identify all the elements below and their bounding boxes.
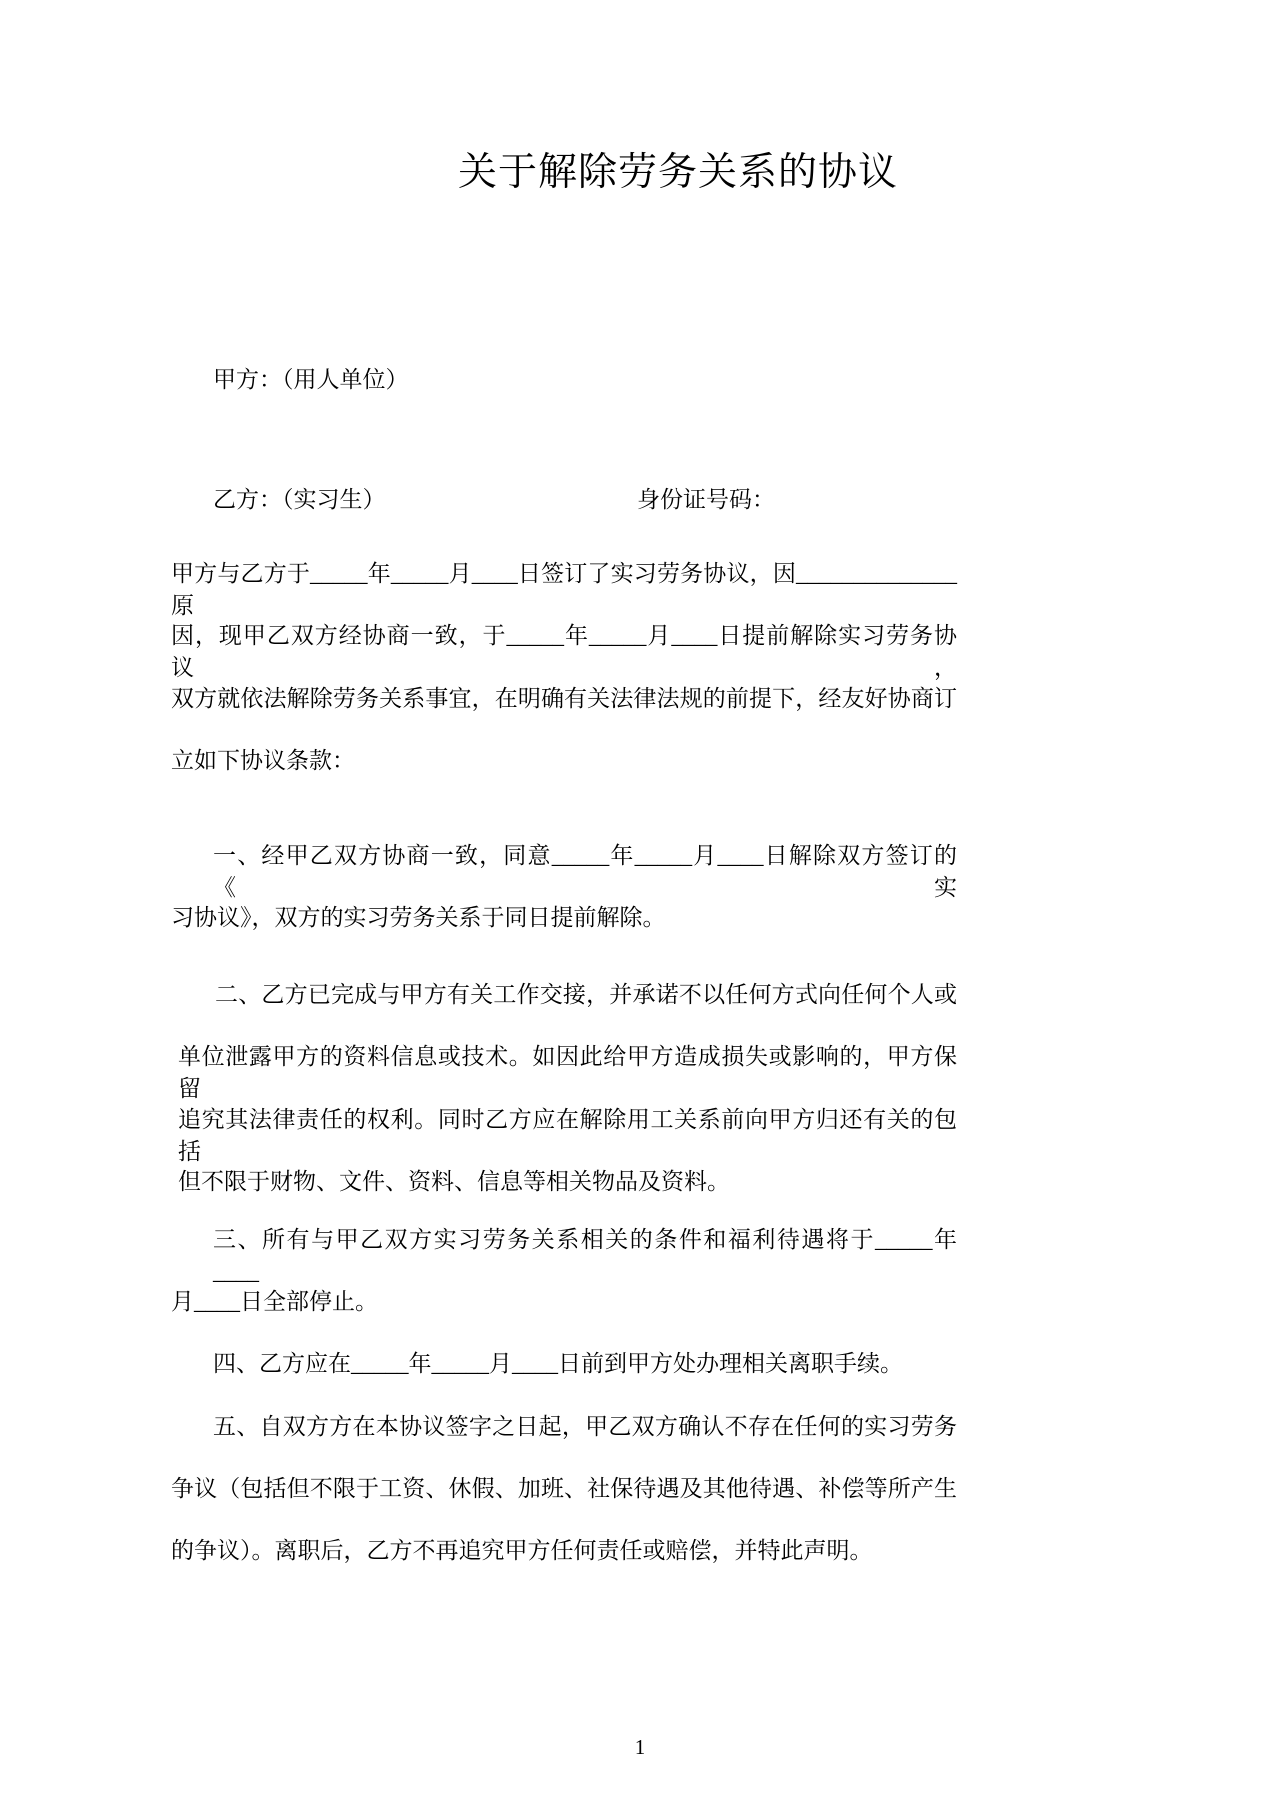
page-number: 1: [0, 1733, 1280, 1761]
id-number-label: 身份证号码：: [637, 484, 775, 516]
body-line: 追究其法律责任的权利。同时乙方应在解除用工关系前向甲方归还有关的包括: [178, 1104, 957, 1168]
body-line: 的争议）。离职后，乙方不再追究甲方任何责任或赔偿，并特此声明。: [171, 1535, 873, 1567]
document-page: 关于解除劳务关系的协议 甲方：（用人单位） 乙方：（实习生） 身份证号码： 甲方…: [0, 0, 1280, 1813]
body-line: 单位泄露甲方的资料信息或技术。如因此给甲方造成损失或影响的，甲方保留: [178, 1041, 957, 1105]
body-line: 因，现甲乙双方经协商一致，于_____年_____月____日提前解除实习劳务协…: [171, 620, 957, 684]
body-line: 但不限于财物、文件、资料、信息等相关物品及资料。: [178, 1166, 730, 1198]
body-line: 四、乙方应在_____年_____月____日前到甲方处办理相关离职手续。: [213, 1348, 903, 1380]
body-line: 月____日全部停止。: [171, 1286, 378, 1318]
body-line: 立如下协议条款：: [171, 745, 355, 777]
body-line: 习协议》，双方的实习劳务关系于同日提前解除。: [171, 902, 666, 934]
body-line: 争议（包括但不限于工资、休假、加班、社保待遇及其他待遇、补偿等所产生: [171, 1473, 957, 1505]
body-line: 一、经甲乙双方协商一致，同意_____年_____月____日解除双方签订的《实: [213, 840, 957, 904]
party-a: 甲方：（用人单位）: [213, 364, 409, 396]
document-title: 关于解除劳务关系的协议: [458, 148, 898, 199]
party-b: 乙方：（实习生）: [213, 484, 386, 516]
body-line: 三、所有与甲乙双方实习劳务关系相关的条件和福利待遇将于_____年____: [213, 1224, 957, 1288]
body-line: 甲方与乙方于_____年_____月____日签订了实习劳务协议，因______…: [171, 558, 957, 622]
body-line: 二、乙方已完成与甲方有关工作交接，并承诺不以任何方式向任何个人或: [215, 979, 957, 1011]
body-line: 双方就依法解除劳务关系事宜，在明确有关法律法规的前提下，经友好协商订: [171, 683, 957, 715]
body-line: 五、自双方方在本协议签字之日起，甲乙双方确认不存在任何的实习劳务: [213, 1411, 957, 1443]
